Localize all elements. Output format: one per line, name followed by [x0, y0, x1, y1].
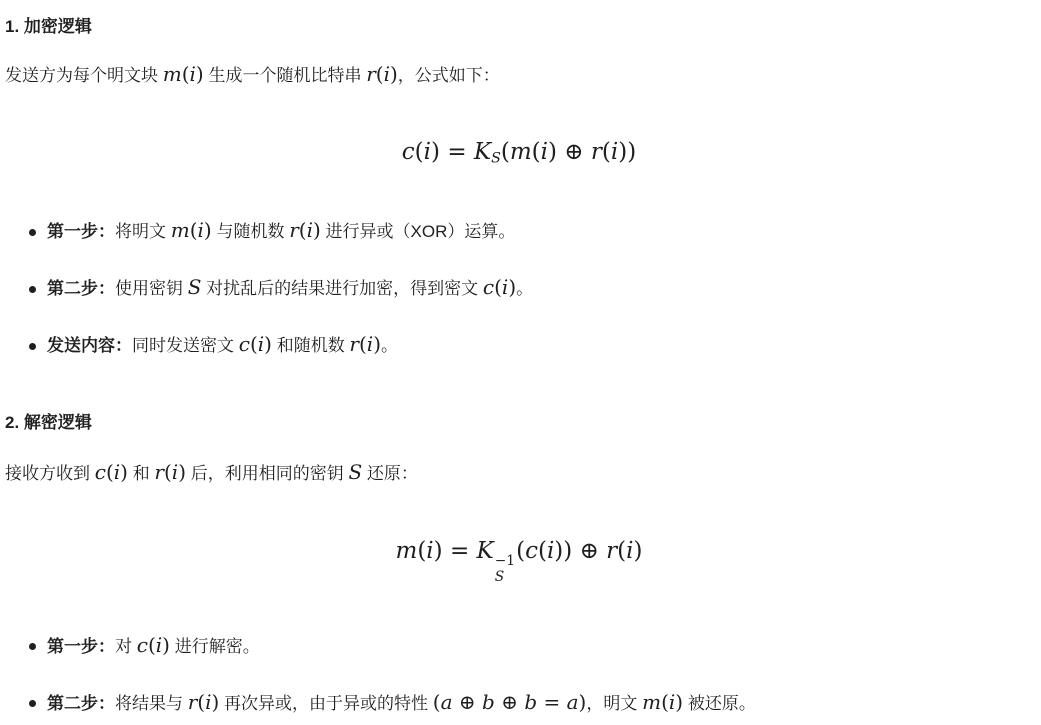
bullet-text: 第一步：对 c(i) 进行解密。 — [47, 637, 260, 656]
bullet-item: 第二步：使用密钥 S 对扰乱后的结果进行加密，得到密文 c(i)。 — [5, 275, 1033, 303]
bullet-item: 发送内容：同时发送密文 c(i) 和随机数 r(i)。 — [5, 332, 1033, 360]
encryption-formula: c(i) = KS(m(i) ⊕ r(i)) — [5, 132, 1033, 172]
decryption-formula: m(i) = K−1S(c(i)) ⊕ r(i) — [5, 531, 1033, 586]
bullet-item: 第一步：对 c(i) 进行解密。 — [5, 633, 1033, 661]
bullet-text: 第二步：将结果与 r(i) 再次异或，由于异或的特性 (a ⊕ b ⊕ b = … — [47, 694, 756, 713]
bullet-text: 第一步：将明文 m(i) 与随机数 r(i) 进行异或（XOR）运算。 — [47, 222, 515, 241]
bullet-text: 第二步：使用密钥 S 对扰乱后的结果进行加密，得到密文 c(i)。 — [47, 279, 533, 298]
encryption-intro-paragraph: 发送方为每个明文块 m(i) 生成一个随机比特串 r(i)，公式如下： — [5, 62, 1033, 90]
bullet-dot — [29, 229, 36, 236]
bullet-text: 发送内容：同时发送密文 c(i) 和随机数 r(i)。 — [47, 336, 398, 355]
section-heading-encryption: 1. 加密逻辑 — [5, 13, 1033, 41]
document-page: 1. 加密逻辑 发送方为每个明文块 m(i) 生成一个随机比特串 r(i)，公式… — [0, 0, 1041, 718]
bullet-item: 第二步：将结果与 r(i) 再次异或，由于异或的特性 (a ⊕ b ⊕ b = … — [5, 690, 1033, 718]
bullet-dot — [29, 700, 36, 707]
decryption-bullet-list: 第一步：对 c(i) 进行解密。 第二步：将结果与 r(i) 再次异或，由于异或… — [5, 633, 1033, 718]
bullet-item: 第一步：将明文 m(i) 与随机数 r(i) 进行异或（XOR）运算。 — [5, 218, 1033, 246]
encryption-bullet-list: 第一步：将明文 m(i) 与随机数 r(i) 进行异或（XOR）运算。 第二步：… — [5, 218, 1033, 360]
bullet-dot — [29, 286, 36, 293]
decryption-intro-paragraph: 接收方收到 c(i) 和 r(i) 后，利用相同的密钥 S 还原： — [5, 460, 1033, 488]
bullet-dot — [29, 343, 36, 350]
bullet-dot — [29, 643, 36, 650]
section-heading-decryption: 2. 解密逻辑 — [5, 409, 1033, 437]
